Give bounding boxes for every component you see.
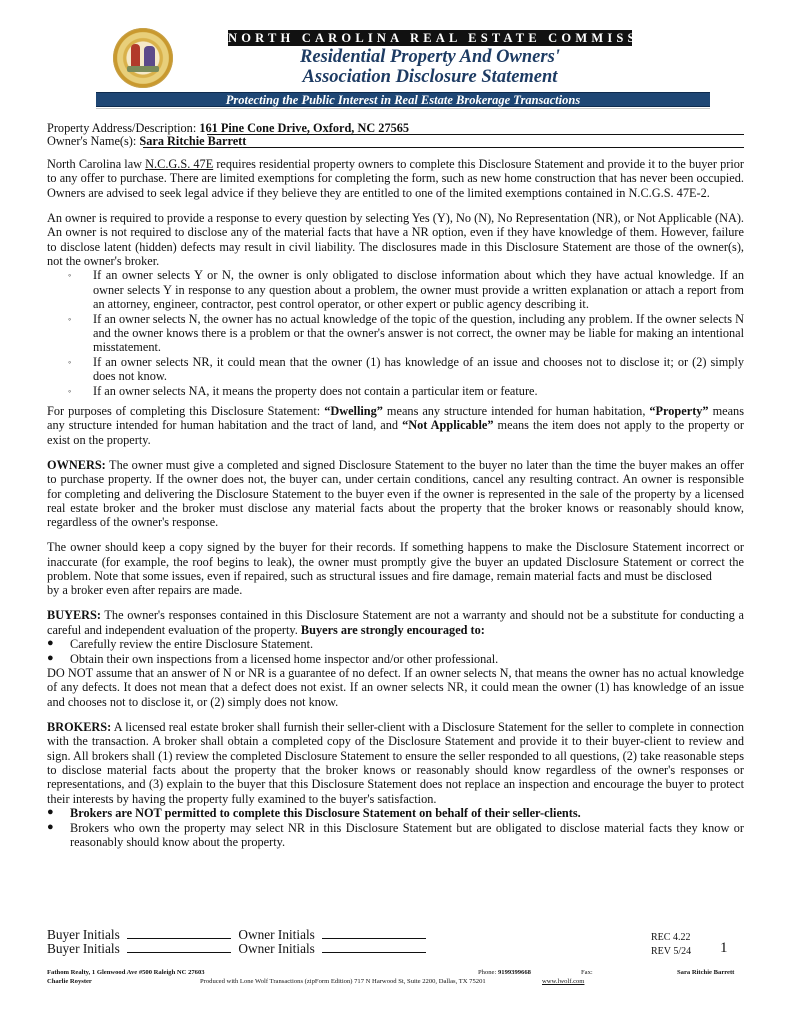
term-property: “Property” <box>649 404 708 418</box>
hollow-bullet-icon: ◦ <box>68 312 71 326</box>
owner-initials-field-2[interactable] <box>322 941 426 953</box>
list-item-text: Brokers who own the property may select … <box>70 821 744 849</box>
form-title-line2: Association Disclosure Statement <box>228 67 632 88</box>
owner-underline <box>143 147 744 148</box>
footer-firm: Fathom Realty, 1 Glenwood Ave #500 Ralei… <box>47 969 205 977</box>
seal-figure-left <box>131 44 140 68</box>
form-header: NORTH CAROLINA REAL ESTATE COMMISSION Re… <box>0 0 791 115</box>
buyers-heading: BUYERS: <box>47 608 101 622</box>
form-revision: REV 5/24 <box>651 946 691 957</box>
statute-link[interactable]: N.C.G.S. 47E <box>145 157 213 171</box>
list-item-text: Brokers are NOT permitted to complete th… <box>70 806 581 820</box>
footer-fax: Fax: <box>581 969 593 977</box>
buyers-paragraph: BUYERS: The owner's responses contained … <box>47 608 744 637</box>
form-rec-number: REC 4.22 <box>651 932 690 943</box>
footer-url-link[interactable]: www.lwolf.com <box>542 978 584 986</box>
brokers-list: ●Brokers are NOT permitted to complete t… <box>47 806 744 849</box>
footer-owner: Sara Ritchie Barrett <box>677 969 734 977</box>
phone-label: Phone: <box>478 969 498 976</box>
buyer-initials-label: Buyer Initials <box>47 927 120 942</box>
bullet-icon: ● <box>47 651 54 665</box>
seal-ground <box>127 66 159 72</box>
bullet-icon: ● <box>47 805 54 819</box>
bullet-icon: ● <box>47 636 54 650</box>
list-item: ◦If an owner selects N, the owner has no… <box>47 312 744 355</box>
owner-initials-label: Owner Initials <box>238 941 314 956</box>
list-item: ●Obtain their own inspections from a lic… <box>47 652 744 666</box>
address-label: Property Address/Description: <box>47 121 199 135</box>
list-item: ●Brokers who own the property may select… <box>47 821 744 850</box>
tagline: Protecting the Public Interest in Real E… <box>96 92 710 107</box>
commission-name: NORTH CAROLINA REAL ESTATE COMMISSION <box>228 30 632 46</box>
list-item: ●Carefully review the entire Disclosure … <box>47 637 744 651</box>
owners-paragraph: OWNERS: The owner must give a completed … <box>47 458 744 530</box>
copy-text: The owner should keep a copy signed by t… <box>47 540 744 583</box>
list-item-text: If an owner selects NR, it could mean th… <box>93 355 744 383</box>
owner-label: Owner's Name(s): <box>47 134 139 148</box>
header-divider <box>96 108 710 109</box>
definitions-text: For purposes of completing this Disclosu… <box>47 404 324 418</box>
owners-heading: OWNERS: <box>47 458 106 472</box>
seal-figure-right <box>144 46 155 68</box>
list-item-text: Obtain their own inspections from a lice… <box>70 652 498 666</box>
copy-paragraph: The owner should keep a copy signed by t… <box>47 540 744 598</box>
response-options-list: ◦If an owner selects Y or N, the owner i… <box>47 268 744 398</box>
list-item: ◦If an owner selects NA, it means the pr… <box>47 384 744 398</box>
intro-text: North Carolina law <box>47 157 145 171</box>
owner-name-field[interactable]: Owner's Name(s): Sara Ritchie Barrett <box>47 134 744 148</box>
page-number: 1 <box>720 940 728 957</box>
owner-initials-label: Owner Initials <box>238 927 314 942</box>
intro-paragraph: North Carolina law N.C.G.S. 47E requires… <box>47 157 744 200</box>
list-item: ◦If an owner selects NR, it could mean t… <box>47 355 744 384</box>
property-address-field[interactable]: Property Address/Description: 161 Pine C… <box>47 121 744 135</box>
form-title-line1: Residential Property And Owners' <box>228 47 632 68</box>
copy-text-cont: by a broker even after repairs are made. <box>47 583 242 597</box>
response-paragraph: An owner is required to provide a respon… <box>47 211 744 269</box>
list-item-text: Carefully review the entire Disclosure S… <box>70 637 313 651</box>
initials-row-1: Buyer Initials Owner Initials <box>47 927 430 942</box>
list-item-text: If an owner selects N, the owner has no … <box>93 312 744 355</box>
brokers-text: A licensed real estate broker shall furn… <box>47 720 744 806</box>
buyers-list: ●Carefully review the entire Disclosure … <box>47 637 744 666</box>
footer-phone: Phone: 9199399668 <box>478 969 531 977</box>
term-not-applicable: “Not Applicable” <box>402 418 493 432</box>
buyers-emphasis: Buyers are strongly encouraged to: <box>301 623 485 637</box>
owners-text: The owner must give a completed and sign… <box>47 458 744 530</box>
brokers-heading: BROKERS: <box>47 720 111 734</box>
hollow-bullet-icon: ◦ <box>68 384 71 398</box>
hollow-bullet-icon: ◦ <box>68 355 71 369</box>
disclosure-body: North Carolina law N.C.G.S. 47E requires… <box>47 157 744 849</box>
brokers-paragraph: BROKERS: A licensed real estate broker s… <box>47 720 744 806</box>
buyer-initials-field-2[interactable] <box>127 941 231 953</box>
buyer-initials-field-1[interactable] <box>127 927 231 939</box>
list-item-text: If an owner selects NA, it means the pro… <box>93 384 538 398</box>
footer-produced-by: Produced with Lone Wolf Transactions (zi… <box>200 978 486 986</box>
buyers-warning: DO NOT assume that an answer of N or NR … <box>47 666 744 709</box>
list-item: ●Brokers are NOT permitted to complete t… <box>47 806 744 820</box>
hollow-bullet-icon: ◦ <box>68 268 71 282</box>
initials-row-2: Buyer Initials Owner Initials <box>47 941 430 956</box>
bullet-icon: ● <box>47 820 54 834</box>
buyer-initials-label: Buyer Initials <box>47 941 120 956</box>
definitions-text: means any structure intended for human h… <box>383 404 649 418</box>
address-value[interactable]: 161 Pine Cone Drive, Oxford, NC 27565 <box>199 121 409 135</box>
list-item: ◦If an owner selects Y or N, the owner i… <box>47 268 744 311</box>
list-item-text: If an owner selects Y or N, the owner is… <box>93 268 744 311</box>
footer-agent: Charlie Royster <box>47 978 92 986</box>
nc-state-seal-icon <box>113 28 173 88</box>
owner-initials-field-1[interactable] <box>322 927 426 939</box>
phone-value: 9199399668 <box>498 969 531 976</box>
definitions-paragraph: For purposes of completing this Disclosu… <box>47 404 744 447</box>
owner-value[interactable]: Sara Ritchie Barrett <box>139 134 246 148</box>
term-dwelling: “Dwelling” <box>324 404 383 418</box>
